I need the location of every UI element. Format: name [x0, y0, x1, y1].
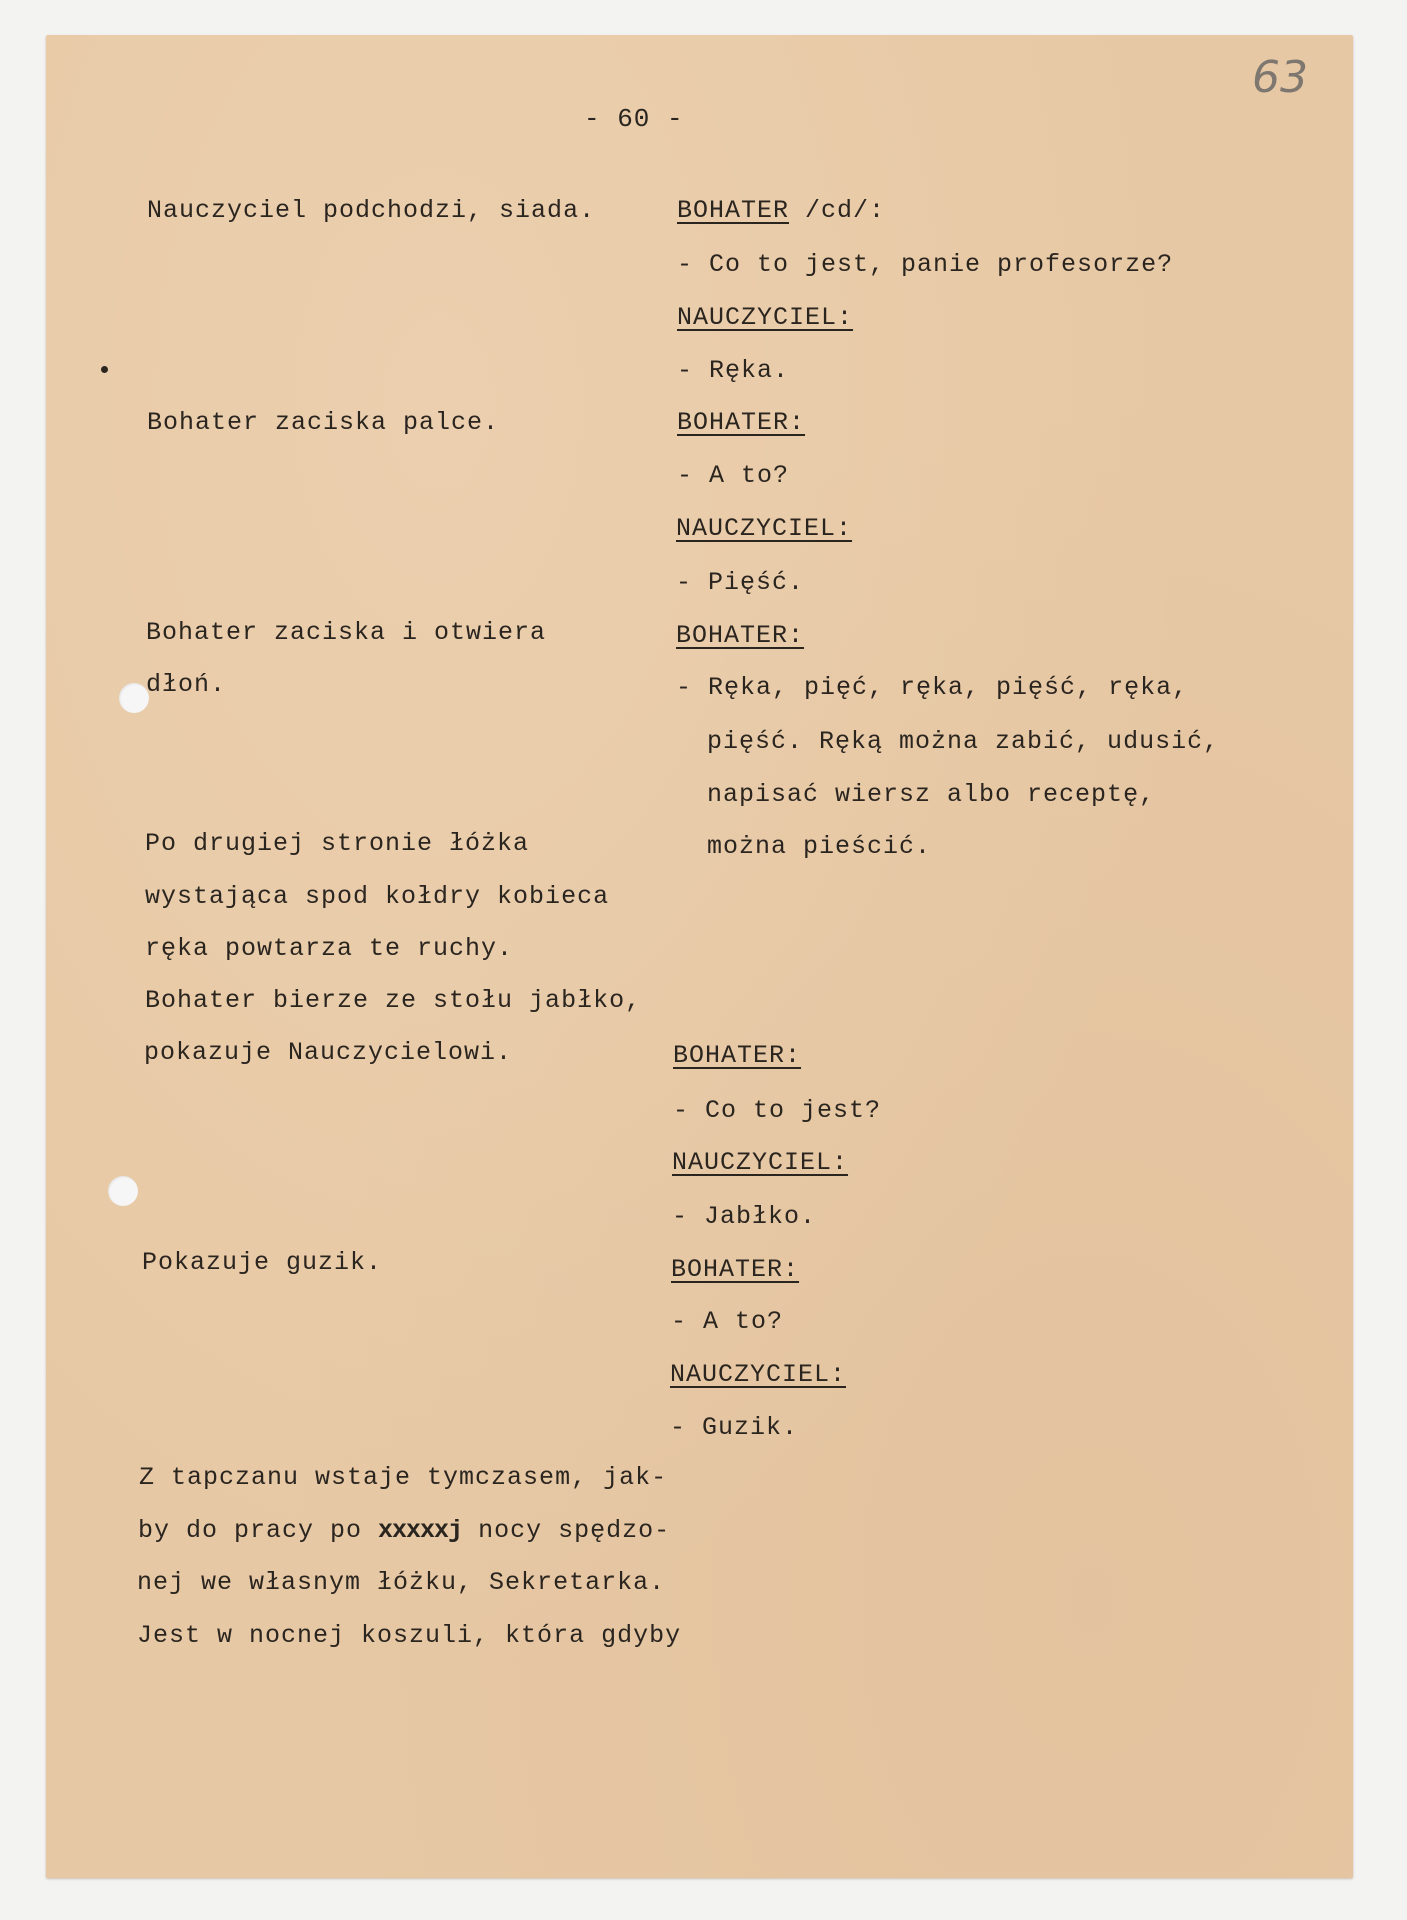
paragraph-line: Z tapczanu wstaje tymczasem, jak-	[139, 1465, 667, 1490]
dialogue-line: napisać wiersz albo receptę,	[707, 782, 1155, 807]
dialogue-line: - Pięść.	[676, 570, 804, 595]
punch-hole-top	[119, 683, 149, 713]
struck-out-word: xxxxxj	[378, 1516, 462, 1545]
speaker-heading: BOHATER:	[673, 1043, 801, 1068]
punch-hole-bottom	[108, 1176, 138, 1206]
stage-direction: wystająca spod kołdry kobieca	[145, 884, 609, 909]
dialogue-line: - A to?	[671, 1309, 783, 1334]
handwritten-folio-number: 63	[1252, 52, 1308, 103]
speaker-heading: NAUCZYCIEL:	[676, 516, 852, 541]
ink-dot	[101, 366, 108, 373]
speaker-heading: BOHATER:	[677, 410, 805, 435]
stage-direction: Bohater bierze ze stołu jabłko,	[145, 988, 641, 1013]
dialogue-line: można pieścić.	[707, 834, 931, 859]
dialogue-line: - A to?	[677, 463, 789, 488]
stage-direction: pokazuje Nauczycielowi.	[144, 1040, 512, 1065]
paragraph-line: by do pracy po xxxxxj nocy spędzo-	[138, 1518, 670, 1543]
stage-direction: Bohater zaciska palce.	[147, 410, 499, 435]
dialogue-line: - Ręka.	[677, 358, 789, 383]
speaker-heading: NAUCZYCIEL:	[672, 1150, 848, 1175]
dialogue-line: - Ręka, pięć, ręka, pięść, ręka,	[676, 675, 1188, 700]
speaker-heading: NAUCZYCIEL:	[677, 305, 853, 330]
page-number: - 60 -	[584, 104, 684, 134]
stage-direction: ręka powtarza te ruchy.	[145, 936, 513, 961]
speaker-heading: BOHATER:	[671, 1257, 799, 1282]
stage-direction: dłoń.	[146, 672, 226, 697]
speaker-heading: BOHATER:	[676, 623, 804, 648]
paragraph-line: Jest w nocnej koszuli, która gdyby	[137, 1623, 681, 1648]
speaker-heading: NAUCZYCIEL:	[670, 1362, 846, 1387]
stage-direction: Pokazuje guzik.	[142, 1250, 382, 1275]
stage-direction: Nauczyciel podchodzi, siada.	[147, 198, 595, 223]
stage-direction: Bohater zaciska i otwiera	[146, 620, 546, 645]
speaker-heading: BOHATER /cd/:	[677, 198, 885, 223]
dialogue-line: pięść. Ręką można zabić, udusić,	[707, 729, 1219, 754]
dialogue-line: - Co to jest, panie profesorze?	[677, 252, 1173, 277]
dialogue-line: - Jabłko.	[672, 1204, 816, 1229]
dialogue-line: - Co to jest?	[673, 1098, 881, 1123]
stage-direction: Po drugiej stronie łóżka	[145, 831, 529, 856]
paragraph-line: nej we własnym łóżku, Sekretarka.	[137, 1570, 665, 1595]
dialogue-line: - Guzik.	[670, 1415, 798, 1440]
